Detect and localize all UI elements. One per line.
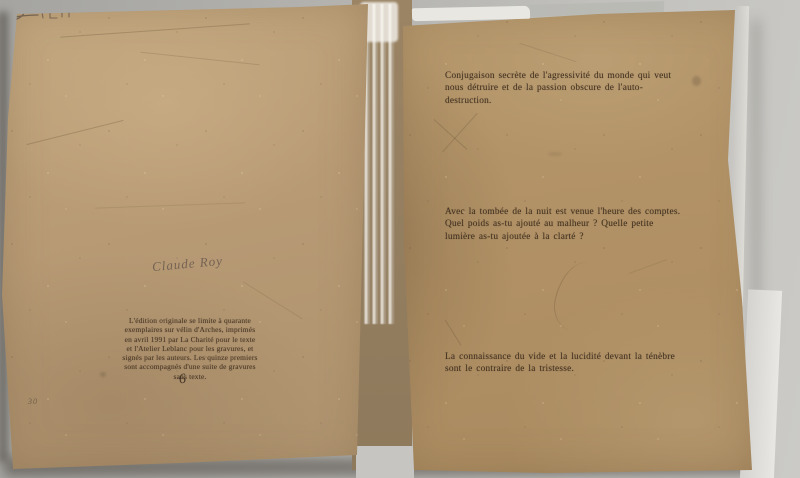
scratch-mark xyxy=(60,23,250,37)
left-page: Claude Roy L'édition originale se limite… xyxy=(0,0,368,474)
aphorism-3: La connaissance du vide et la lucidité d… xyxy=(445,351,675,376)
colophon-text: L'édition originale se limite à quarante… xyxy=(100,316,280,381)
artist-signature xyxy=(0,0,80,30)
stain-spot xyxy=(548,152,562,156)
aphorism-1: Conjugaison secrète de l'agressivité du … xyxy=(445,70,671,107)
photo-open-book: Claude Roy L'édition originale se limite… xyxy=(0,0,800,478)
author-signature: Claude Roy xyxy=(151,253,223,275)
faint-margin-smudge xyxy=(692,76,701,86)
scratch-mark xyxy=(433,119,467,150)
right-page: Conjugaison secrète de l'agressivité du … xyxy=(398,4,760,478)
scratch-mark xyxy=(519,43,576,62)
scratch-mark xyxy=(95,202,245,208)
aphorism-2: Avec la tombée de la nuit est venue l'he… xyxy=(445,206,680,243)
scratch-curve xyxy=(548,257,611,336)
scratch-mark xyxy=(243,282,303,320)
scratch-mark xyxy=(629,259,667,274)
torn-tissue-fragment xyxy=(412,6,530,21)
scratch-mark xyxy=(445,320,462,346)
spine-gap-bottom xyxy=(356,446,414,478)
corner-pencil-mark: 30 xyxy=(28,397,38,406)
scratch-mark xyxy=(140,52,259,66)
scratch-mark xyxy=(26,120,123,145)
